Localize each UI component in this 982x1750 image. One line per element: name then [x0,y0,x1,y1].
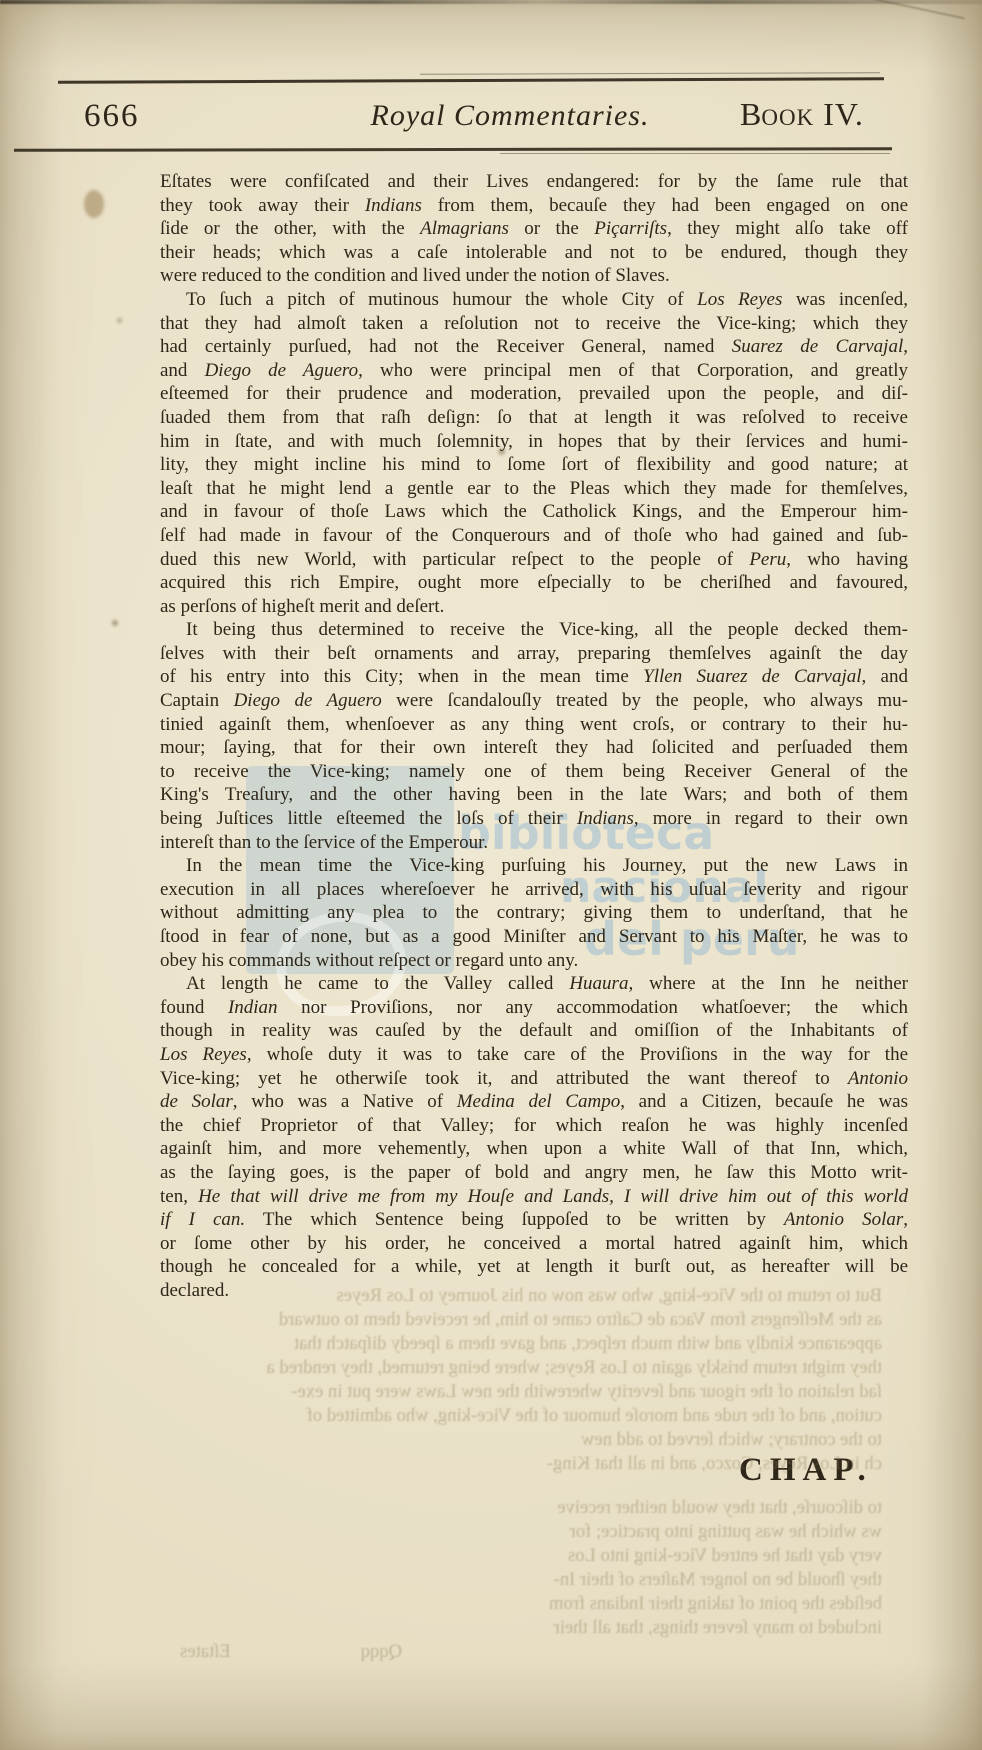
bleedthrough-line: they might return briskly again to Los R… [70,1356,882,1380]
italic-text: Medina del Campo [457,1091,621,1112]
italic-text: Yllen Suarez de Carvajal [643,666,861,687]
bleedthrough-line: included to many ſevere things, that all… [70,1616,882,1640]
ink-speck [498,448,505,455]
text-line: they took away their Indians from them, … [160,194,908,218]
roman-text: , where at the Inn he neither [628,973,908,994]
text-line: as perſons of higheſt merit and deſert. [160,595,908,619]
italic-text: Peru [749,549,786,570]
text-line: King's Treaſury, and the other having be… [160,783,908,807]
roman-text: that they had almoſt taken a reſolution … [160,313,908,334]
roman-text: , [903,336,908,357]
paragraph: It being thus determined to receive the … [160,618,908,854]
text-line: ſuaded them from that raſh deſign: ſo th… [160,406,908,430]
roman-text: the chief Proprietor of that Valley; for… [160,1115,908,1136]
roman-text: their heads; which was a caſe intolerabl… [160,242,908,263]
page-number: 666 [84,98,140,135]
text-line: Captain Diego de Aguero were ſcandalouſl… [160,689,908,713]
roman-text: and in favour of thoſe Laws which the Ca… [160,501,908,522]
text-line: leaſt that he might lend a gentle ear to… [160,477,908,501]
text-line: their heads; which was a caſe intolerabl… [160,241,908,265]
roman-text: ſelves with their beſt ornaments and arr… [160,643,908,664]
roman-text: , more in regard to their own [634,808,908,829]
roman-text: , they might alſo take off [667,218,908,239]
roman-text: Eſtates were confiſcated and their Lives… [160,171,908,192]
header-rule-bottom-echo [500,153,890,154]
text-line: againſt him, and more vehemently, when u… [160,1137,908,1161]
bleedthrough-line: cution, and of the rude and moroſe humou… [70,1404,882,1428]
text-line: the chief Proprietor of that Valley; for… [160,1114,908,1138]
italic-text: He that will drive me from my Houſe and … [198,1186,908,1207]
bleedthrough-text-lower: to diſcourſe, that they would neither re… [70,1496,882,1664]
text-line: as the ſaying goes, is the paper of bold… [160,1161,908,1185]
italic-text: Piçarriſts [594,218,667,239]
roman-text: execution in all places whereſoever he a… [160,879,908,900]
roman-text: were reduced to the condition and lived … [160,265,670,286]
bleedthrough-line: very day that he entred Vice-king into L… [70,1544,882,1568]
roman-text: him in ſtate, and with much ſolemnity, i… [160,431,908,452]
roman-text: though in reality was cauſed by the defa… [160,1020,908,1041]
roman-text: dued this new World, with particular reſ… [160,549,749,570]
roman-text: or ſome other by his order, he conceived… [160,1233,908,1254]
roman-text: had certainly purſued, had not the Recei… [160,336,732,357]
ink-stain [84,190,104,218]
bleedthrough-line: ws which he was putting into practice; f… [70,1520,882,1544]
roman-text: It being thus determined to receive the … [186,619,908,640]
bleedthrough-line: appearance kindly and with much reſpect,… [70,1332,882,1356]
bleedthrough-line: to the contrary; which ſerved to add new [70,1428,882,1452]
text-line: Eſtates were confiſcated and their Lives… [160,170,908,194]
text-line: found Indian nor Proviſions, nor any acc… [160,996,908,1020]
italic-text: Los Reyes [697,289,782,310]
bleedthrough-line: beſides the point of taking their Indian… [70,1592,882,1616]
roman-text: acquired this rich Empire, ought more eſ… [160,572,908,593]
text-line: ſide or the other, with the Almagrians o… [160,217,908,241]
italic-text: Antonio [848,1068,908,1089]
roman-text: mour; ſaying, that for their own intereſ… [160,737,908,758]
italic-text: Diego de Aguero [205,360,359,381]
book-label-smallcaps: OOK [761,105,814,130]
bleedthrough-line: as the Meſſengers from Vaca de Caſtro ca… [70,1308,882,1332]
header-rule-bottom [14,147,892,151]
text-line: or ſome other by his order, he conceived… [160,1232,908,1256]
roman-text: of his entry into this City; when in the… [160,666,643,687]
roman-text: King's Treaſury, and the other having be… [160,784,908,805]
roman-text: lity, they might incline his mind to ſom… [160,454,908,475]
text-line: de Solar, who was a Native of Medina del… [160,1090,908,1114]
text-line: of his entry into this City; when in the… [160,665,908,689]
roman-text: and [160,360,205,381]
roman-text: were ſcandalouſly treated by the people,… [382,690,908,711]
bleedthrough-line: But to return to the Vice-king, who was … [70,1284,882,1308]
ink-speck [112,620,118,626]
roman-text: againſt him, and more vehemently, when u… [160,1138,908,1159]
bleedthrough-line: to diſcourſe, that they would neither re… [70,1496,882,1520]
roman-text: though he concealed for a while, yet at … [160,1256,908,1277]
roman-text: To ſuch a pitch of mutinous humour the w… [186,289,697,310]
text-line: him in ſtate, and with much ſolemnity, i… [160,430,908,454]
italic-text: Indian [228,997,278,1018]
roman-text: nor Proviſions, nor any accommodation wh… [278,997,908,1018]
italic-text: if I can. [160,1209,245,1230]
roman-text: from them, becauſe they had been engaged… [422,195,908,216]
scan-top-edge [0,0,982,4]
verso-catchword: Eſtates [180,1640,231,1664]
header-rule-top [58,77,884,84]
running-title: Royal Commentaries. [365,99,655,133]
italic-text: Antonio Solar [784,1209,903,1230]
text-line: were reduced to the condition and lived … [160,264,908,288]
text-line: being Juſtices little eſteemed the loſs … [160,807,908,831]
roman-text: or the [509,218,594,239]
roman-text: was incenſed, [782,289,908,310]
text-line: that they had almoſt taken a reſolution … [160,312,908,336]
text-line: to receive the Vice-king; namely one of … [160,760,908,784]
book-label-cap: B [740,96,761,132]
bleedthrough-line: ſad relation of the rigour and ſeverity … [70,1380,882,1404]
roman-text: Vice-king; yet he otherwiſe took it, and… [160,1068,848,1089]
text-line: though he concealed for a while, yet at … [160,1255,908,1279]
roman-text: , who was a Native of [233,1091,457,1112]
roman-text: ſuaded them from that raſh deſign: ſo th… [160,407,908,428]
text-line: intereſt than to the ſervice of the Empe… [160,831,908,855]
text-line: It being thus determined to receive the … [160,618,908,642]
roman-text: In the mean time the Vice-king purſuing … [186,855,908,876]
roman-text: The which Sentence being ſuppoſed to be … [245,1209,784,1230]
roman-text: as the ſaying goes, is the paper of bold… [160,1162,908,1183]
roman-text: , whoſe duty it was to take care of the … [247,1044,908,1065]
book-label-numeral: IV. [814,96,864,132]
italic-text: Almagrians [420,218,509,239]
roman-text: At length he came to the Valley called [186,973,569,994]
roman-text: leaſt that he might lend a gentle ear to… [160,478,908,499]
text-line: mour; ſaying, that for their own intereſ… [160,736,908,760]
roman-text: eſteemed for their prudence and moderati… [160,383,908,404]
text-line: lity, they might incline his mind to ſom… [160,453,908,477]
roman-text: being Juſtices little eſteemed the loſs … [160,808,577,829]
text-line: At length he came to the Valley called H… [160,972,908,996]
text-line: ten, He that will drive me from my Houſe… [160,1185,908,1209]
roman-text: obey his commands without reſpect or reg… [160,950,578,971]
italic-text: Suarez de Carvajal [732,336,903,357]
roman-text: as perſons of higheſt merit and deſert. [160,596,444,617]
roman-text: ſelf had made in favour of the Conquerou… [160,525,908,546]
roman-text: intereſt than to the ſervice of the Empe… [160,832,488,853]
text-line: if I can. The which Sentence being ſuppo… [160,1208,908,1232]
roman-text: , who having [786,549,908,570]
text-line: though in reality was cauſed by the defa… [160,1019,908,1043]
paragraph: Eſtates were confiſcated and their Lives… [160,170,908,288]
text-line: and in favour of thoſe Laws which the Ca… [160,500,908,524]
text-line: Vice-king; yet he otherwiſe took it, and… [160,1067,908,1091]
text-line: eſteemed for their prudence and moderati… [160,382,908,406]
roman-text: tinied againſt them, whenſoever as any t… [160,714,908,735]
text-line: obey his commands without reſpect or reg… [160,949,908,973]
text-line: ſelf had made in favour of the Conquerou… [160,524,908,548]
text-line: To ſuch a pitch of mutinous humour the w… [160,288,908,312]
paragraph: In the mean time the Vice-king purſuing … [160,854,908,972]
ink-speck [117,318,122,323]
text-line: execution in all places whereſoever he a… [160,878,908,902]
text-line: acquired this rich Empire, ought more eſ… [160,571,908,595]
italic-text: Diego de Aguero [234,690,382,711]
bleedthrough-text-upper: But to return to the Vice-king, who was … [70,1284,882,1476]
paragraph: At length he came to the Valley called H… [160,972,908,1302]
roman-text: Captain [160,690,234,711]
italic-text: Huaura [569,973,628,994]
roman-text: , and [862,666,908,687]
book-label: BOOK IV. [740,96,864,133]
sheet-signature: Qqqq [361,1641,402,1662]
text-line: In the mean time the Vice-king purſuing … [160,854,908,878]
text-line: had certainly purſued, had not the Recei… [160,335,908,359]
bleedthrough-line: they ſhould be no longer Maſters of thei… [70,1568,882,1592]
book-page-scan: biblioteca nacional del peru 666 Royal C… [0,0,982,1750]
text-line: dued this new World, with particular reſ… [160,548,908,572]
text-line: ſelves with their beſt ornaments and arr… [160,642,908,666]
text-line: without admitting any plea to the contra… [160,901,908,925]
roman-text: found [160,997,228,1018]
text-line: ſtood in fear of none, but as a good Min… [160,925,908,949]
bleedthrough-signature-line: QqqqEſtates [70,1640,882,1664]
italic-text: Indians [365,195,422,216]
text-line: and Diego de Aguero, who were principal … [160,359,908,383]
roman-text: , [903,1209,908,1230]
roman-text: without admitting any plea to the contra… [160,902,908,923]
text-line: tinied againſt them, whenſoever as any t… [160,713,908,737]
roman-text: , and a Citizen, becauſe he was [620,1091,908,1112]
italic-text: de Solar [160,1091,233,1112]
roman-text: ten, [160,1186,198,1207]
italic-text: Los Reyes [160,1044,247,1065]
roman-text: they took away their [160,195,365,216]
text-line: Los Reyes, whoſe duty it was to take car… [160,1043,908,1067]
body-text: Eſtates were confiſcated and their Lives… [160,170,908,1303]
roman-text: to receive the Vice-king; namely one of … [160,761,908,782]
italic-text: Indians [577,808,634,829]
bleedthrough-line: ch in Los Reyes, Cozco, and in all that … [70,1452,882,1476]
paragraph: To ſuch a pitch of mutinous humour the w… [160,288,908,618]
roman-text: ſide or the other, with the [160,218,420,239]
header-rule-top-echo [420,72,880,75]
roman-text: ſtood in fear of none, but as a good Min… [160,926,908,947]
roman-text: , who were principal men of that Corpora… [358,360,908,381]
